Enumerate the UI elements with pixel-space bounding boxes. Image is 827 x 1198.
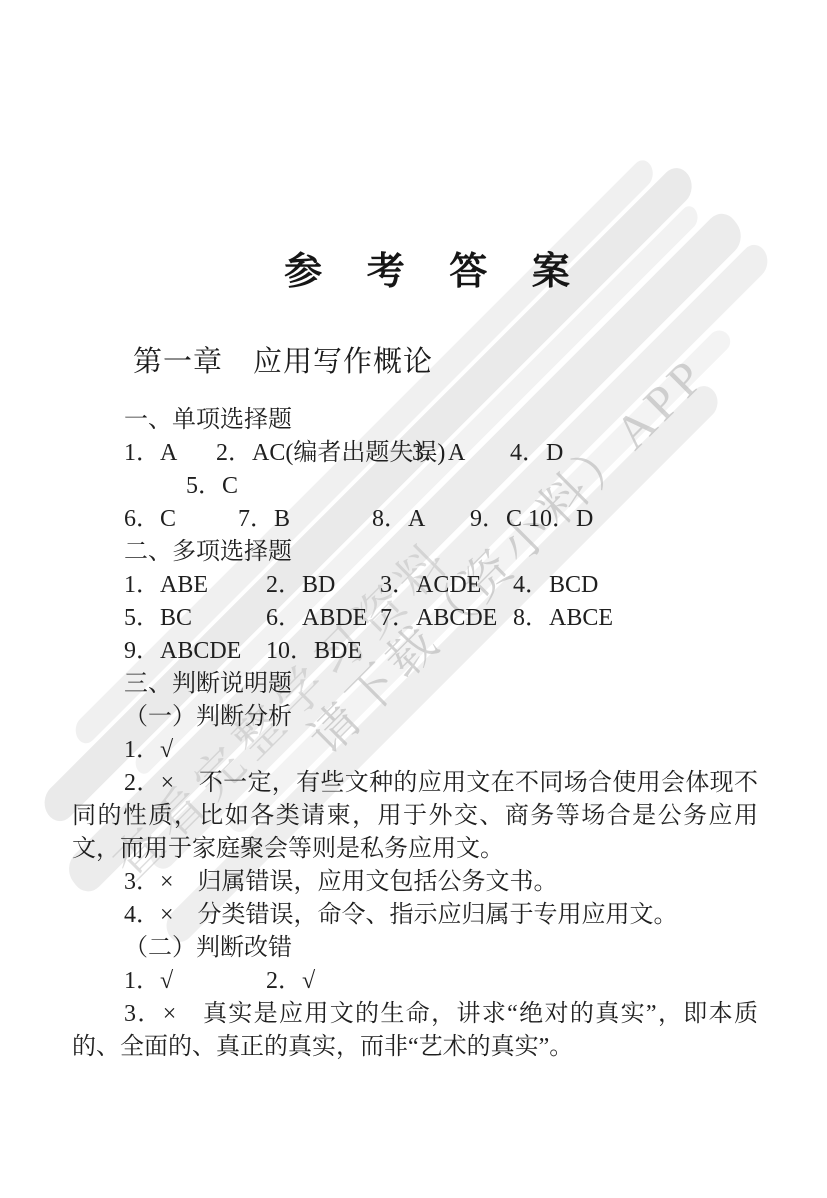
answer-cell: 5．C — [186, 470, 238, 503]
answer-cell: 6．ABDE — [266, 602, 367, 635]
answer-cell: 7．B — [238, 503, 290, 536]
answer-row: 1．√ 2．√ — [72, 965, 758, 998]
subsection-heading: （一）判断分析 — [72, 701, 758, 734]
answer-row: 5．C — [72, 470, 758, 503]
answer-row: 9．ABCDE 10．BDE — [72, 635, 758, 668]
section-heading-single-choice: 一、单项选择题 — [72, 404, 758, 437]
answer-cell: 2．AC(编者出题失误) — [216, 437, 445, 470]
answer-cell: 9．ABCDE — [124, 635, 241, 668]
answer-cell: 3．ACDE — [380, 569, 481, 602]
answer-cell: 1．ABE — [124, 569, 208, 602]
answer-cell: 8．ABCE — [513, 602, 613, 635]
section-heading-multi-choice: 二、多项选择题 — [72, 536, 758, 569]
judgment-item: 4．× 分类错误，命令、指示应归属于专用应用文。 — [72, 899, 758, 932]
answer-row: 6．C 7．B 8．A 9．C 10．D — [72, 503, 758, 536]
answer-content: 一、单项选择题 1．A 2．AC(编者出题失误) 3．A 4．D 5．C 6．C… — [72, 404, 758, 1064]
answer-cell: 3．A — [412, 437, 465, 470]
answer-cell: 10．BDE — [266, 635, 362, 668]
answer-cell: 2．BD — [266, 569, 335, 602]
answer-cell: 8．A — [372, 503, 425, 536]
judgment-item: 3．× 归属错误，应用文包括公务文书。 — [72, 866, 758, 899]
answer-row: 1．ABE 2．BD 3．ACDE 4．BCD — [72, 569, 758, 602]
judgment-item: 2．× 不一定，有些文种的应用文在不同场合使用会体现不同的性质，比如各类请柬，用… — [72, 767, 758, 866]
judgment-item: 1．√ — [72, 734, 758, 767]
answer-cell: 1．√ — [124, 965, 173, 998]
answer-cell: 7．ABCDE — [380, 602, 497, 635]
subsection-heading: （二）判断改错 — [72, 932, 758, 965]
section-heading-judgment: 三、判断说明题 — [72, 668, 758, 701]
answer-row: 1．A 2．AC(编者出题失误) 3．A 4．D — [72, 437, 758, 470]
answer-cell: 4．D — [510, 437, 563, 470]
answer-row: 5．BC 6．ABDE 7．ABCDE 8．ABCE — [72, 602, 758, 635]
judgment-item: 3．× 真实是应用文的生命，讲求“绝对的真实”，即本质的、全面的、真正的真实，而… — [72, 998, 758, 1064]
page-title: 参 考 答 案 — [22, 240, 827, 295]
document-page: 查看完整学习资料 请下载（资小料）APP 参 考 答 案 第一章 应用写作概论 … — [0, 0, 827, 1198]
answer-cell: 6．C — [124, 503, 176, 536]
answer-cell: 5．BC — [124, 602, 192, 635]
chapter-heading: 第一章 应用写作概论 — [133, 339, 433, 380]
answer-cell: 2．√ — [266, 965, 315, 998]
answer-cell: 4．BCD — [513, 569, 598, 602]
answer-cell: 1．A — [124, 437, 177, 470]
answer-cell: 9．C 10．D — [470, 503, 593, 536]
